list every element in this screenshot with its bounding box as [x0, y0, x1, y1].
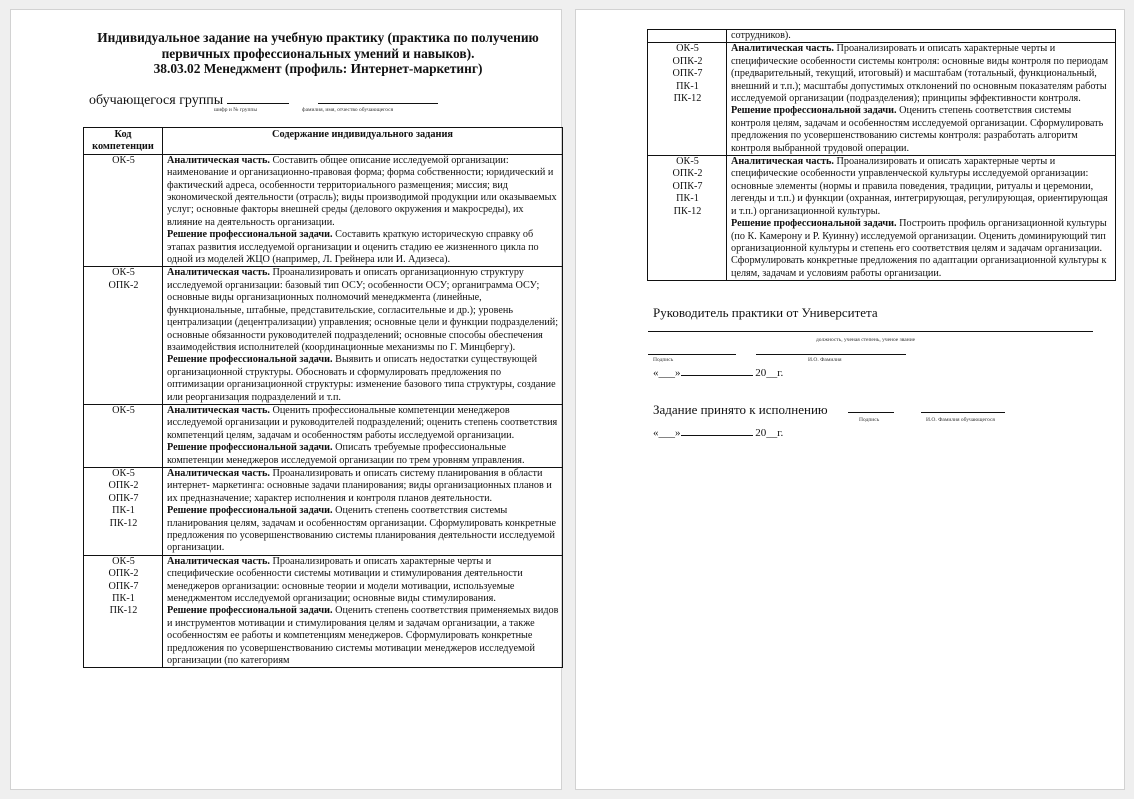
analytic-label: Аналитическая часть. [167, 267, 270, 278]
caption-signature: Подпись [653, 357, 673, 363]
solution-part: Решение профессиональной задачи. Выявить… [167, 354, 559, 404]
competence-code: ОК-5 [88, 405, 159, 417]
student-name-field[interactable] [921, 412, 1005, 413]
competence-code: ОПК-2 [88, 480, 159, 492]
competence-code: ОК-5 [88, 155, 159, 167]
document-title: Индивидуальное задание на учебную практи… [83, 30, 553, 77]
caption-initials: И.О. Фамилия [808, 357, 842, 363]
column-header-content: Содержание индивидуального задания [163, 128, 563, 155]
caption-student-name: фамилия, имя, отчество обучающегося [302, 107, 393, 113]
analytic-part: Аналитическая часть. Проанализировать и … [731, 156, 1112, 218]
competence-code: ПК-1 [652, 81, 723, 93]
analytic-part: Аналитическая часть. Проанализировать и … [167, 267, 559, 354]
date-year: 20__г. [755, 367, 783, 379]
student-label: обучающегося группы [89, 93, 223, 108]
code-cell: ОК-5ОПК-2 [84, 267, 163, 404]
student-signature-field[interactable] [848, 412, 894, 413]
date-month-field[interactable] [681, 365, 753, 376]
analytic-label: Аналитическая часть. [167, 405, 270, 416]
analytic-part: Аналитическая часть. Оценить профессиона… [167, 405, 559, 442]
caption-position: должность, ученая степень, ученое звание [816, 337, 915, 343]
table-row: ОК-5ОПК-2ОПК-7ПК-1ПК-12Аналитическая час… [648, 156, 1116, 281]
solution-label: Решение профессиональной задачи. [167, 229, 333, 240]
competence-code: ПК-1 [652, 193, 723, 205]
table-row: ОК-5Аналитическая часть. Составить общее… [84, 154, 563, 267]
analytic-part: Аналитическая часть. Проанализировать и … [731, 43, 1112, 105]
code-cell: ОК-5 [84, 154, 163, 267]
caption-student-initials: И.О. Фамилия обучающегося [926, 417, 995, 423]
code-cell: ОК-5 [84, 404, 163, 467]
accepted-title: Задание принято к исполнению [653, 402, 828, 418]
code-cell: ОК-5ОПК-2ОПК-7ПК-1ПК-12 [648, 43, 727, 156]
title-line-3: 38.03.02 Менеджмент (профиль: Интернет-м… [83, 61, 553, 77]
solution-label: Решение профессиональной задачи. [731, 218, 897, 229]
competence-code: ПК-1 [88, 505, 159, 517]
student-name-blank-field[interactable] [318, 90, 438, 104]
code-cell: ОК-5ОПК-2ОПК-7ПК-1ПК-12 [648, 156, 727, 281]
tasks-table: Код компетенции Содержание индивидуально… [83, 127, 563, 668]
content-cell: Аналитическая часть. Проанализировать и … [727, 43, 1116, 156]
code-cell: ОК-5ОПК-2ОПК-7ПК-1ПК-12 [84, 555, 163, 668]
analytic-label: Аналитическая часть. [167, 468, 270, 479]
competence-code: ОК-5 [88, 267, 159, 279]
content-cell: Аналитическая часть. Составить общее опи… [163, 154, 563, 267]
caption-group: шифр и № группы [214, 107, 257, 113]
analytic-part: Аналитическая часть. Составить общее опи… [167, 155, 559, 229]
competence-code: ОК-5 [88, 468, 159, 480]
student-date-line: «___» 20__г. [653, 425, 783, 439]
supervisor-date-line: «___» 20__г. [653, 365, 783, 379]
table-row: сотрудников). [648, 30, 1116, 43]
content-cell: сотрудников). [727, 30, 1116, 43]
competence-code: ОПК-7 [88, 493, 159, 505]
analytic-label: Аналитическая часть. [167, 155, 270, 166]
analytic-part: Аналитическая часть. Проанализировать и … [167, 556, 559, 606]
competence-code: ОПК-2 [88, 280, 159, 292]
caption-signature-student: Подпись [859, 417, 879, 423]
competence-code: ПК-12 [88, 518, 159, 530]
analytic-label: Аналитическая часть. [731, 43, 834, 54]
date-day[interactable]: «___» [653, 427, 681, 439]
content-cell: Аналитическая часть. Проанализировать и … [163, 267, 563, 404]
solution-part: Решение профессиональной задачи. Построи… [731, 218, 1112, 280]
competence-code: ОК-5 [652, 156, 723, 168]
date-day[interactable]: «___» [653, 367, 681, 379]
table-row: ОК-5ОПК-2ОПК-7ПК-1ПК-12Аналитическая час… [84, 555, 563, 668]
competence-code: ПК-12 [88, 605, 159, 617]
content-cell: Аналитическая часть. Проанализировать и … [163, 467, 563, 555]
title-line-2: первичных профессиональных умений и навы… [83, 46, 553, 62]
code-cell: ОК-5ОПК-2ОПК-7ПК-1ПК-12 [84, 467, 163, 555]
analytic-part: Аналитическая часть. Проанализировать и … [167, 468, 559, 505]
position-blank-field[interactable] [648, 331, 1093, 332]
table-row: ОК-5Аналитическая часть. Оценить професс… [84, 404, 563, 467]
document-page-1: Индивидуальное задание на учебную практи… [10, 9, 562, 790]
solution-part: Решение профессиональной задачи. Оценить… [167, 505, 559, 555]
table-row: ОК-5ОПК-2Аналитическая часть. Проанализи… [84, 267, 563, 404]
content-cell: Аналитическая часть. Проанализировать и … [163, 555, 563, 668]
date-year: 20__г. [755, 427, 783, 439]
tasks-table-continued: сотрудников). ОК-5ОПК-2ОПК-7ПК-1ПК-12Ана… [647, 29, 1116, 281]
supervisor-title: Руководитель практики от Университета [653, 305, 878, 321]
competence-code: ОПК-7 [88, 581, 159, 593]
competence-code: ОК-5 [652, 43, 723, 55]
competence-code: ПК-1 [88, 593, 159, 605]
solution-label: Решение профессиональной задачи. [167, 354, 333, 365]
competence-code: ОПК-2 [652, 56, 723, 68]
group-blank-field[interactable] [227, 90, 289, 104]
competence-code: ОПК-2 [88, 568, 159, 580]
solution-label: Решение профессиональной задачи. [167, 442, 333, 453]
analytic-label: Аналитическая часть. [731, 156, 834, 167]
supervisor-name-field[interactable] [756, 354, 906, 355]
analytic-label: Аналитическая часть. [167, 556, 270, 567]
competence-code: ОК-5 [88, 556, 159, 568]
column-header-code: Код компетенции [84, 128, 163, 155]
document-page-2: сотрудников). ОК-5ОПК-2ОПК-7ПК-1ПК-12Ана… [575, 9, 1125, 790]
solution-label: Решение профессиональной задачи. [167, 505, 333, 516]
competence-code: ОПК-7 [652, 68, 723, 80]
date-month-field[interactable] [681, 425, 753, 436]
code-cell [648, 30, 727, 43]
competence-code: ОПК-2 [652, 168, 723, 180]
table-row: ОК-5ОПК-2ОПК-7ПК-1ПК-12Аналитическая час… [84, 467, 563, 555]
solution-label: Решение профессиональной задачи. [731, 105, 897, 116]
content-cell: Аналитическая часть. Оценить профессиона… [163, 404, 563, 467]
competence-code: ПК-12 [652, 93, 723, 105]
competence-code: ПК-12 [652, 206, 723, 218]
table-row: ОК-5ОПК-2ОПК-7ПК-1ПК-12Аналитическая час… [648, 43, 1116, 156]
solution-part: Решение профессиональной задачи. Состави… [167, 229, 559, 266]
table-header-row: Код компетенции Содержание индивидуально… [84, 128, 563, 155]
solution-part: Решение профессиональной задачи. Оценить… [167, 605, 559, 667]
solution-part: Решение профессиональной задачи. Оценить… [731, 105, 1112, 155]
supervisor-signature-field[interactable] [648, 354, 736, 355]
solution-label: Решение профессиональной задачи. [167, 605, 333, 616]
solution-part: Решение профессиональной задачи. Описать… [167, 442, 559, 467]
analytic-text: Проанализировать и описать организационн… [167, 267, 558, 352]
title-line-1: Индивидуальное задание на учебную практи… [83, 30, 553, 46]
content-cell: Аналитическая часть. Проанализировать и … [727, 156, 1116, 281]
competence-code: ОПК-7 [652, 181, 723, 193]
